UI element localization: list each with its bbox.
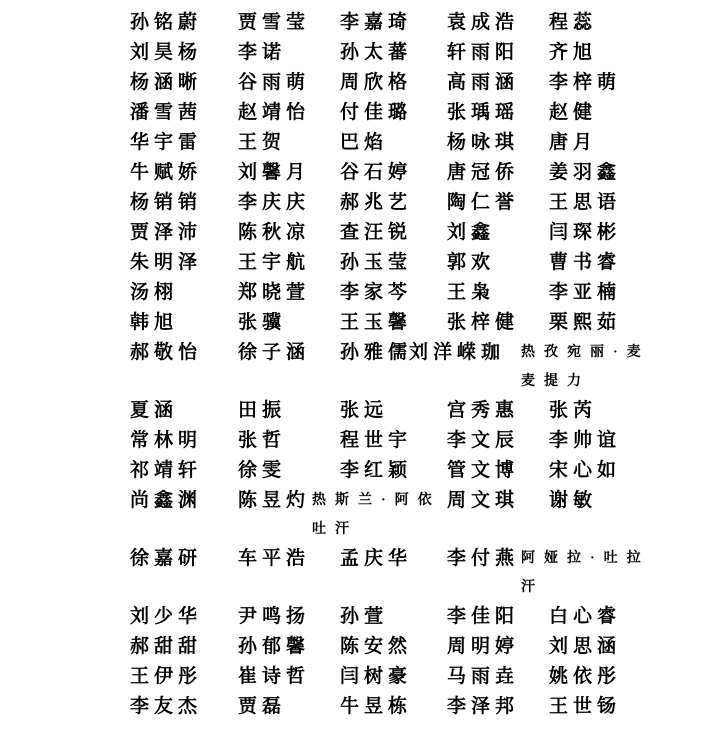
name-cell: 王贺 <box>238 128 340 158</box>
name-cell: 田振 <box>238 396 340 426</box>
name-cell: 王宇航 <box>238 248 340 278</box>
name-cell: 王世钖 <box>549 692 720 722</box>
name-cell: 杨涵晰 <box>130 68 238 98</box>
name-row: 杨销销李庆庆郝兆艺陶仁誉王思语 <box>130 188 720 218</box>
name-line: 热孜宛丽·麦 <box>521 338 720 367</box>
name-cell: 张骥 <box>238 308 340 338</box>
name-row: 郝敬怡徐子涵孙雅儒刘洋嵘珈热孜宛丽·麦麦提力 <box>130 338 720 396</box>
name-cell: 付佳璐 <box>340 98 447 128</box>
name-line: 吐汗 <box>312 515 447 544</box>
name-row: 朱明泽王宇航孙玉莹郭欢曹书睿 <box>130 248 720 278</box>
name-cell: 刘馨月 <box>238 158 340 188</box>
name-cell: 潘雪茜 <box>130 98 238 128</box>
name-cell: 李佳阳 <box>447 602 549 632</box>
name-cell: 刘鑫 <box>447 218 549 248</box>
name-cell: 贾雪莹 <box>238 8 340 38</box>
name-cell: 周欣格 <box>340 68 447 98</box>
name-cell: 尚鑫渊 <box>130 486 238 516</box>
name-cell: 李庆庆 <box>238 188 340 218</box>
name-cell: 热斯兰·阿依吐汗 <box>312 486 447 544</box>
name-cell: 汤栩 <box>130 278 238 308</box>
name-cell: 郭欢 <box>447 248 549 278</box>
name-cell: 李帅谊 <box>549 426 720 456</box>
name-row: 徐嘉研车平浩孟庆华李付燕阿娅拉·吐拉汗 <box>130 544 720 602</box>
name-cell: 张芮 <box>549 396 720 426</box>
name-cell: 徐嘉研 <box>130 544 238 574</box>
name-cell: 刘少华 <box>130 602 238 632</box>
name-cell: 高雨涵 <box>447 68 549 98</box>
name-cell: 郝兆艺 <box>340 188 447 218</box>
name-cell: 栗熙茹 <box>549 308 720 338</box>
name-cell: 宋心如 <box>549 456 720 486</box>
name-cell: 张梓健 <box>447 308 549 338</box>
name-cell: 谷石婷 <box>340 158 447 188</box>
name-cell: 孙玉莹 <box>340 248 447 278</box>
name-cell: 袁成浩 <box>447 8 549 38</box>
name-cell: 王枭 <box>447 278 549 308</box>
name-row: 贾泽沛陈秋凉查汪锐刘鑫闫琛彬 <box>130 218 720 248</box>
name-row: 孙铭蔚贾雪莹李嘉琦袁成浩程蕊 <box>130 8 720 38</box>
name-row: 刘昊杨李诺孙太蕃轩雨阳齐旭 <box>130 38 720 68</box>
name-row: 韩旭张骥王玉馨张梓健栗熙茹 <box>130 308 720 338</box>
name-cell: 马雨垚 <box>447 662 549 692</box>
name-cell: 查汪锐 <box>340 218 447 248</box>
name-cell: 刘思涵 <box>549 632 720 662</box>
name-cell: 王思语 <box>549 188 720 218</box>
name-cell: 常林明 <box>130 426 238 456</box>
name-cell: 孟庆华 <box>340 544 447 574</box>
name-cell: 谢敏 <box>549 486 720 516</box>
name-row: 夏涵田振张远宫秀惠张芮 <box>130 396 720 426</box>
name-cell: 李亚楠 <box>549 278 720 308</box>
name-cell: 齐旭 <box>549 38 720 68</box>
name-row: 常林明张哲程世宇李文辰李帅谊 <box>130 426 720 456</box>
name-line: 热斯兰·阿依 <box>312 486 447 515</box>
name-row: 牛赋娇刘馨月谷石婷唐冠侨姜羽鑫 <box>130 158 720 188</box>
name-cell: 陶仁誉 <box>447 188 549 218</box>
name-cell: 孙铭蔚 <box>130 8 238 38</box>
name-cell: 徐雯 <box>238 456 340 486</box>
name-cell: 谷雨萌 <box>238 68 340 98</box>
name-cell: 张远 <box>340 396 447 426</box>
name-cell: 牛赋娇 <box>130 158 238 188</box>
name-cell: 轩雨阳 <box>447 38 549 68</box>
name-row: 汤栩郑晓萱李家芩王枭李亚楠 <box>130 278 720 308</box>
name-cell: 杨销销 <box>130 188 238 218</box>
name-cell: 阿娅拉·吐拉汗 <box>521 544 720 602</box>
name-cell: 郝敬怡 <box>130 338 238 368</box>
name-cell: 徐子涵 <box>238 338 340 368</box>
name-row: 潘雪茜赵靖怡付佳璐张瑀瑶赵健 <box>130 98 720 128</box>
name-cell: 李梓萌 <box>549 68 720 98</box>
name-row: 刘少华尹鸣扬孙萱李佳阳白心睿 <box>130 602 720 632</box>
name-row: 王伊彤崔诗哲闫树豪马雨垚姚依彤 <box>130 662 720 692</box>
name-cell: 贾泽沛 <box>130 218 238 248</box>
name-cell: 韩旭 <box>130 308 238 338</box>
name-cell: 郑晓萱 <box>238 278 340 308</box>
name-cell: 车平浩 <box>238 544 340 574</box>
name-cell: 李泽邦 <box>447 692 549 722</box>
name-cell: 李红颖 <box>340 456 447 486</box>
name-cell: 张瑀瑶 <box>447 98 549 128</box>
name-cell: 贾磊 <box>238 692 340 722</box>
name-cell: 闫树豪 <box>340 662 447 692</box>
name-cell: 赵靖怡 <box>238 98 340 128</box>
name-cell: 巴焰 <box>340 128 447 158</box>
name-cell: 孙萱 <box>340 602 447 632</box>
name-cell: 热孜宛丽·麦麦提力 <box>521 338 720 396</box>
name-cell: 尹鸣扬 <box>238 602 340 632</box>
name-cell: 孙郁馨 <box>238 632 340 662</box>
name-cell: 程蕊 <box>549 8 720 38</box>
name-cell: 宫秀惠 <box>447 396 549 426</box>
name-cell: 李文辰 <box>447 426 549 456</box>
name-cell: 白心睿 <box>549 602 720 632</box>
name-cell: 程世宇 <box>340 426 447 456</box>
name-cell: 闫琛彬 <box>549 218 720 248</box>
name-cell: 孙太蕃 <box>340 38 447 68</box>
name-cell: 唐冠侨 <box>447 158 549 188</box>
name-cell: 崔诗哲 <box>238 662 340 692</box>
name-row: 华宇雷王贺巴焰杨咏琪唐月 <box>130 128 720 158</box>
name-cell: 杨咏琪 <box>447 128 549 158</box>
name-row: 杨涵晰谷雨萌周欣格高雨涵李梓萌 <box>130 68 720 98</box>
name-row: 祁靖轩徐雯李红颖管文博宋心如 <box>130 456 720 486</box>
name-cell: 姜羽鑫 <box>549 158 720 188</box>
name-cell: 唐月 <box>549 128 720 158</box>
name-cell: 姚依彤 <box>549 662 720 692</box>
name-cell: 张哲 <box>238 426 340 456</box>
name-cell: 王玉馨 <box>340 308 447 338</box>
name-cell: 华宇雷 <box>130 128 238 158</box>
name-line: 阿娅拉·吐拉 <box>521 544 720 573</box>
name-cell: 周明婷 <box>447 632 549 662</box>
name-cell: 李友杰 <box>130 692 238 722</box>
name-cell: 管文博 <box>447 456 549 486</box>
name-cell: 祁靖轩 <box>130 456 238 486</box>
name-cell: 李家芩 <box>340 278 447 308</box>
name-cell: 夏涵 <box>130 396 238 426</box>
name-cell: 郝甜甜 <box>130 632 238 662</box>
name-cell: 刘昊杨 <box>130 38 238 68</box>
name-cell: 朱明泽 <box>130 248 238 278</box>
name-row: 李友杰贾磊牛昱栋李泽邦王世钖 <box>130 692 720 722</box>
name-row: 尚鑫渊陈昱灼热斯兰·阿依吐汗周文琪谢敏 <box>130 486 720 544</box>
name-cell: 王伊彤 <box>130 662 238 692</box>
name-row: 郝甜甜孙郁馨陈安然周明婷刘思涵 <box>130 632 720 662</box>
name-cell: 陈秋凉 <box>238 218 340 248</box>
name-line: 汗 <box>521 573 720 602</box>
name-cell: 周文琪 <box>447 486 549 516</box>
name-cell: 李嘉琦 <box>340 8 447 38</box>
name-cell: 牛昱栋 <box>340 692 447 722</box>
name-cell: 赵健 <box>549 98 720 128</box>
name-cell: 李诺 <box>238 38 340 68</box>
name-cell: 曹书睿 <box>549 248 720 278</box>
name-cell: 陈安然 <box>340 632 447 662</box>
document-page: 孙铭蔚贾雪莹李嘉琦袁成浩程蕊刘昊杨李诺孙太蕃轩雨阳齐旭杨涵晰谷雨萌周欣格高雨涵李… <box>0 0 720 737</box>
name-line: 麦提力 <box>521 367 720 396</box>
name-grid: 孙铭蔚贾雪莹李嘉琦袁成浩程蕊刘昊杨李诺孙太蕃轩雨阳齐旭杨涵晰谷雨萌周欣格高雨涵李… <box>130 8 720 722</box>
